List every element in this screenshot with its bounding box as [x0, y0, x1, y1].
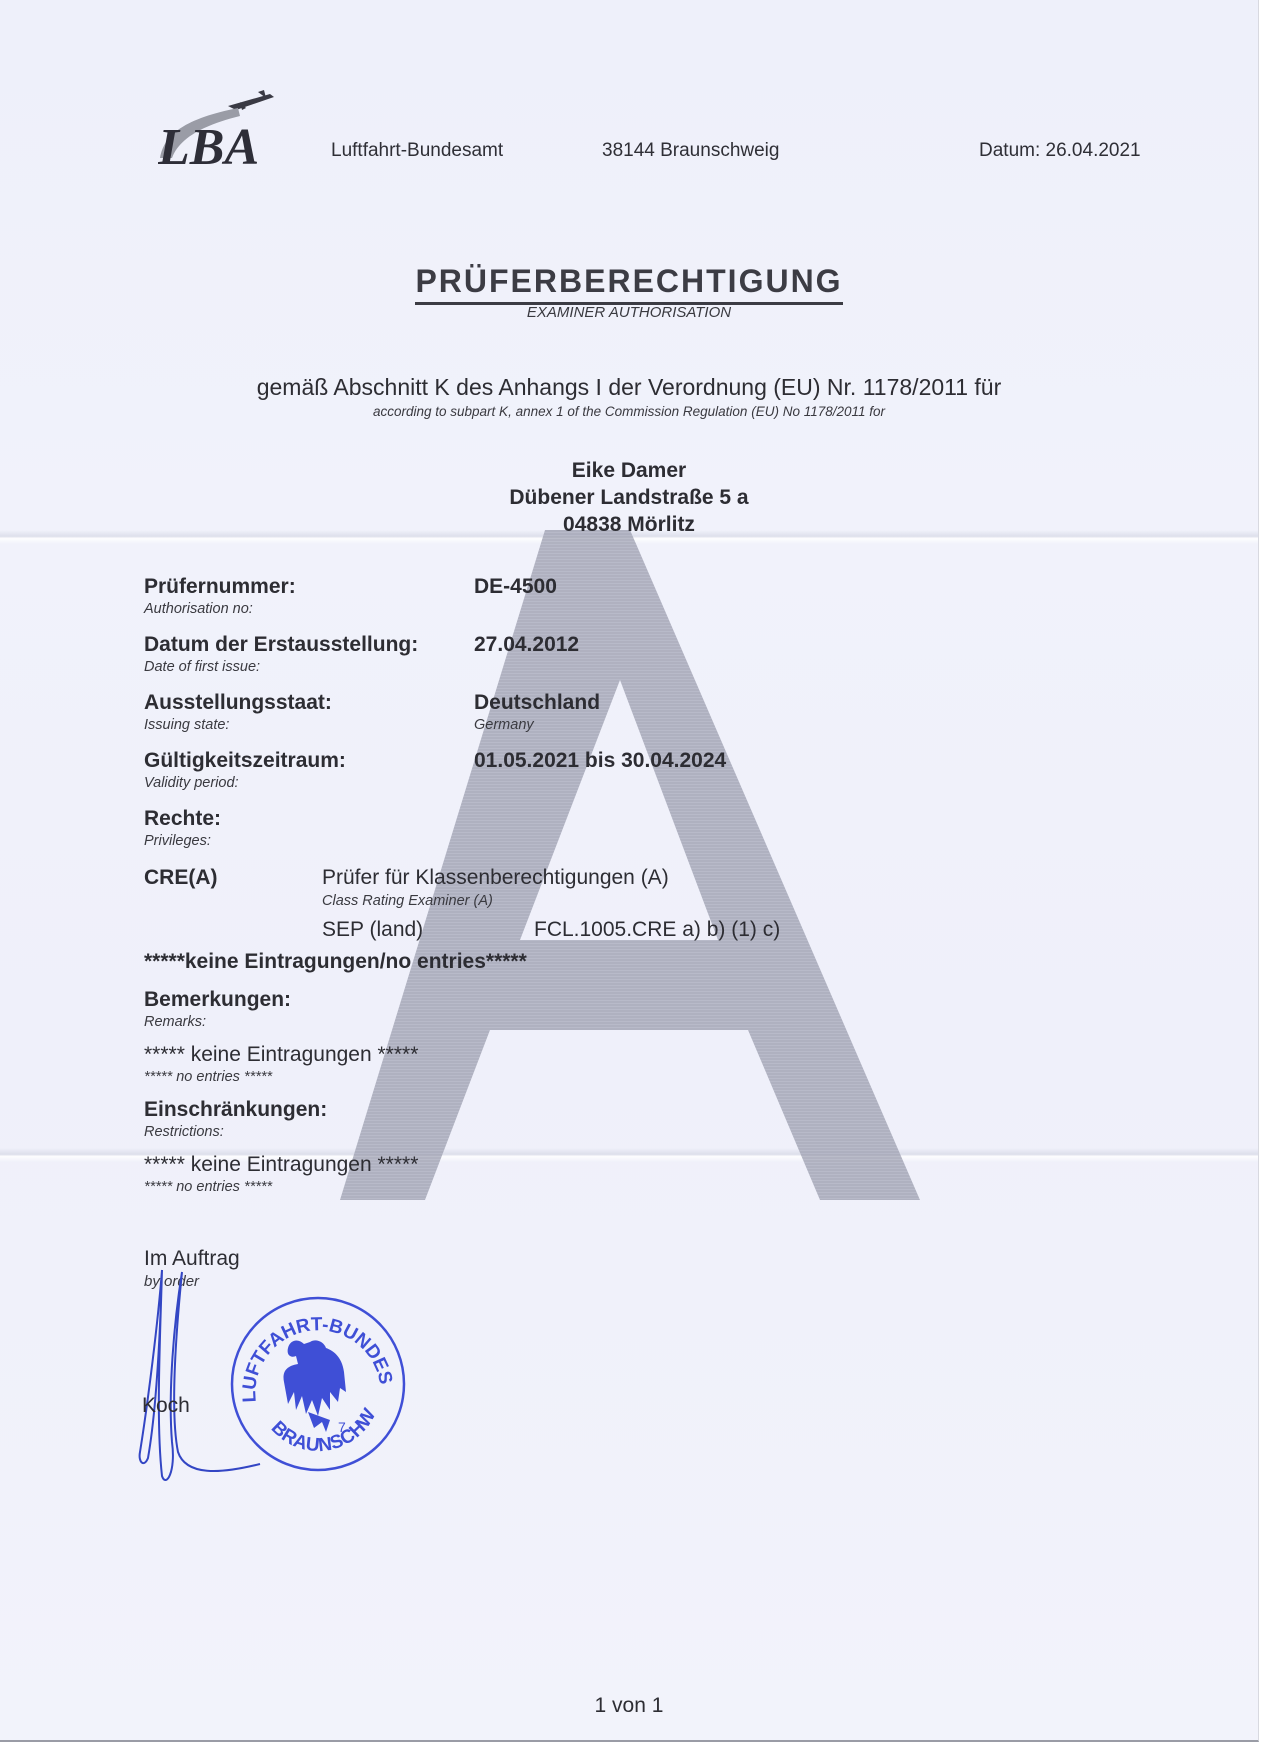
privilege-class: SEP (land)	[322, 918, 423, 942]
field-value-issuing-state: Deutschland	[474, 691, 600, 715]
field-label-authorisation-no: Prüfernummer:	[144, 575, 296, 599]
field-label-validity: Gültigkeitszeitraum:	[144, 749, 346, 773]
title-sub: EXAMINER AUTHORISATION	[0, 304, 1258, 321]
field-label-first-issue: Datum der Erstausstellung:	[144, 633, 418, 657]
restrictions-label: Einschränkungen:	[144, 1098, 327, 1122]
document-date: Datum: 26.04.2021	[979, 140, 1141, 162]
official-stamp-icon: LUFTFAHRT-BUNDESAMT BRAUNSCHWEIG 7	[226, 1292, 410, 1476]
restrictions-value: ***** keine Eintragungen *****	[144, 1153, 418, 1177]
field-value-first-issue: 27.04.2012	[474, 633, 579, 657]
regulation-en: according to subpart K, annex 1 of the C…	[0, 404, 1258, 419]
field-label-en-issuing-state: Issuing state:	[144, 717, 229, 733]
holder-name: Eike Damer	[0, 459, 1258, 483]
agency-name: Luftfahrt-Bundesamt	[331, 140, 503, 162]
field-label-en-authorisation-no: Authorisation no:	[144, 601, 253, 617]
remarks-label: Bemerkungen:	[144, 988, 291, 1012]
restrictions-value-en: ***** no entries *****	[144, 1179, 272, 1195]
regulation-de: gemäß Abschnitt K des Anhangs I der Vero…	[0, 374, 1258, 401]
privilege-desc-en: Class Rating Examiner (A)	[322, 893, 493, 909]
remarks-label-en: Remarks:	[144, 1014, 206, 1030]
svg-text:7: 7	[338, 1419, 346, 1435]
page-title: PRÜFERBERECHTIGUNG	[0, 263, 1258, 305]
title-main: PRÜFERBERECHTIGUNG	[415, 263, 842, 305]
field-label-en-validity: Validity period:	[144, 775, 239, 791]
privilege-desc-de: Prüfer für Klassenberechtigungen (A)	[322, 866, 669, 890]
holder-city: 04838 Mörlitz	[0, 513, 1258, 537]
remarks-value-en: ***** no entries *****	[144, 1069, 272, 1085]
document-page: LBA Luftfahrt-Bundesamt 38144 Braunschwe…	[0, 0, 1259, 1742]
watermark-letter-a	[340, 530, 920, 1200]
privileges-label-en: Privileges:	[144, 833, 211, 849]
agency-city: 38144 Braunschweig	[602, 140, 779, 162]
field-label-en-first-issue: Date of first issue:	[144, 659, 260, 675]
page-number: 1 von 1	[0, 1694, 1258, 1718]
signer-name: Koch	[142, 1394, 190, 1418]
field-value-en-issuing-state: Germany	[474, 717, 534, 733]
field-value-authorisation-no: DE-4500	[474, 575, 557, 599]
privileges-label: Rechte:	[144, 807, 221, 831]
restrictions-label-en: Restrictions:	[144, 1124, 224, 1140]
lba-logo-icon: LBA	[158, 88, 288, 168]
privilege-code: CRE(A)	[144, 866, 218, 890]
remarks-value: ***** keine Eintragungen *****	[144, 1043, 418, 1067]
privilege-reference: FCL.1005.CRE a) b) (1) c)	[534, 918, 780, 942]
field-value-validity: 01.05.2021 bis 30.04.2024	[474, 749, 726, 773]
svg-text:LBA: LBA	[158, 119, 259, 168]
privileges-no-entries: *****keine Eintragungen/no entries*****	[144, 950, 527, 974]
holder-street: Dübener Landstraße 5 a	[0, 486, 1258, 510]
field-label-issuing-state: Ausstellungsstaat:	[144, 691, 332, 715]
